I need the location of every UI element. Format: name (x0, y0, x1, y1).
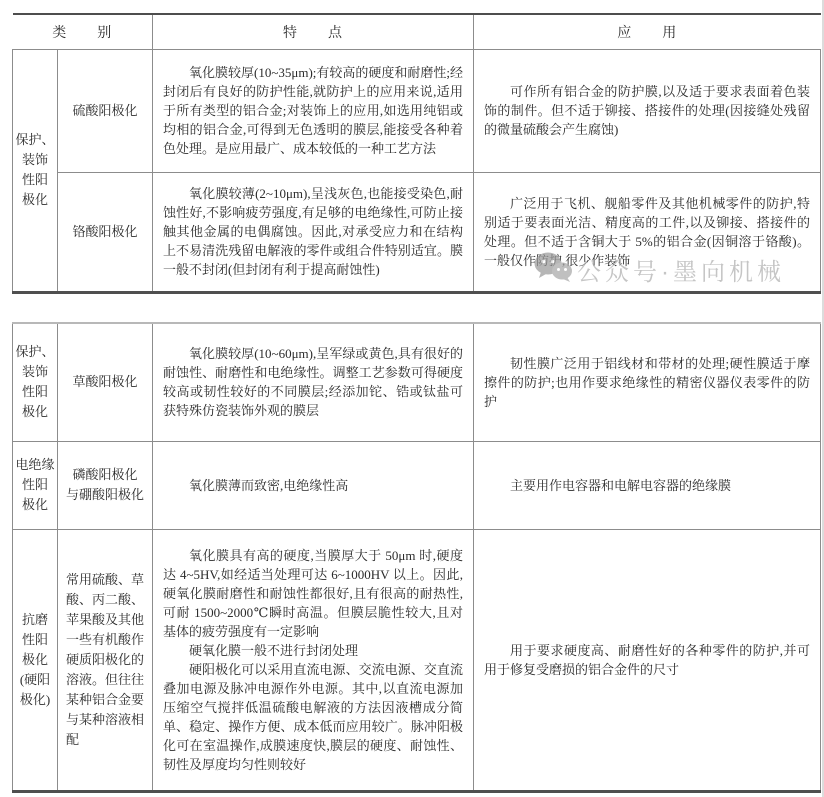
features-cell: 氧化膜较厚(10~35μm);有较高的硬度和耐磨性;经封闭后有良好的防护性能,就… (153, 49, 474, 172)
header-cell-features: 特 点 (153, 14, 474, 49)
application-paragraph: 主要用作电容器和电解电容器的绝缘膜 (484, 476, 810, 495)
anodizing-type-cell: 铬酸阳极化 (58, 172, 153, 292)
features-paragraph: 氧化膜薄而致密,电绝缘性高 (163, 476, 463, 495)
application-paragraph: 广泛用于飞机、舰船零件及其他机械零件的防护,特别适于要表面光洁、精度高的工件,以… (484, 194, 810, 270)
anodizing-table-upper: 类 别 特 点 应 用 保护、 装饰 性阳 极化 硫酸阳极化 氧化膜较厚(10~… (12, 13, 821, 294)
features-paragraph: 硬阳极化可以采用直流电源、交流电源、交直流叠加电源及脉冲电源作外电源。其中,以直… (163, 660, 463, 774)
features-cell: 氧化膜较薄(2~10μm),呈浅灰色,也能接受染色,耐蚀性好,不影响疲劳强度,有… (153, 172, 474, 292)
table-row: 铬酸阳极化 氧化膜较薄(2~10μm),呈浅灰色,也能接受染色,耐蚀性好,不影响… (13, 172, 821, 292)
features-cell: 氧化膜具有高的硬度,当膜厚大于 50μm 时,硬度达 4~5HV,如经适当处理可… (153, 529, 474, 791)
features-paragraph: 氧化膜具有高的硬度,当膜厚大于 50μm 时,硬度达 4~5HV,如经适当处理可… (163, 546, 463, 641)
table-row: 电绝缘 性阳 极化 磷酸阳极化 与硼酸阳极化 氧化膜薄而致密,电绝缘性高 主要用… (13, 441, 821, 529)
anodizing-table-lower: 保护、 装饰 性阳 极化 草酸阳极化 氧化膜较厚(10~60μm),呈军绿或黄色… (12, 322, 821, 793)
features-paragraph: 氧化膜较厚(10~60μm),呈军绿或黄色,具有很好的耐蚀性、耐磨性和电绝缘性。… (163, 344, 463, 420)
document-page: 类 别 特 点 应 用 保护、 装饰 性阳 极化 硫酸阳极化 氧化膜较厚(10~… (0, 0, 824, 797)
table-header-row: 类 别 特 点 应 用 (13, 14, 821, 49)
application-paragraph: 可作所有铝合金的防护膜,以及适于要求表面着色装饰的制件。但不适于铆接、搭接件的处… (484, 82, 810, 139)
features-paragraph: 氧化膜较厚(10~35μm);有较高的硬度和耐磨性;经封闭后有良好的防护性能,就… (163, 63, 463, 158)
table-row: 保护、 装饰 性阳 极化 草酸阳极化 氧化膜较厚(10~60μm),呈军绿或黄色… (13, 323, 821, 441)
category-group-cell: 保护、 装饰 性阳 极化 (13, 49, 58, 292)
anodizing-type-cell: 磷酸阳极化 与硼酸阳极化 (58, 441, 153, 529)
table-row: 保护、 装饰 性阳 极化 硫酸阳极化 氧化膜较厚(10~35μm);有较高的硬度… (13, 49, 821, 172)
category-group-cell: 电绝缘 性阳 极化 (13, 441, 58, 529)
application-paragraph: 用于要求硬度高、耐磨性好的各种零件的防护,并可用于修复受磨损的铝合金件的尺寸 (484, 641, 810, 679)
header-cell-category: 类 别 (13, 14, 153, 49)
table-row: 抗磨 性阳 极化 (硬阳 极化) 常用硫酸、草酸、丙二酸、苹果酸及其他一些有机酸… (13, 529, 821, 791)
header-cell-application: 应 用 (474, 14, 821, 49)
anodizing-type-cell: 草酸阳极化 (58, 323, 153, 441)
features-cell: 氧化膜薄而致密,电绝缘性高 (153, 441, 474, 529)
application-cell: 韧性膜广泛用于铝线材和带材的处理;硬性膜适于摩擦件的防护;也用作要求绝缘性的精密… (474, 323, 821, 441)
application-paragraph: 韧性膜广泛用于铝线材和带材的处理;硬性膜适于摩擦件的防护;也用作要求绝缘性的精密… (484, 354, 810, 411)
anodizing-type-cell: 硫酸阳极化 (58, 49, 153, 172)
features-cell: 氧化膜较厚(10~60μm),呈军绿或黄色,具有很好的耐蚀性、耐磨性和电绝缘性。… (153, 323, 474, 441)
features-paragraph: 硬氧化膜一般不进行封闭处理 (163, 641, 463, 660)
solution-note-cell: 常用硫酸、草酸、丙二酸、苹果酸及其他一些有机酸作硬质阳极化的溶液。但往往某种铝合… (58, 529, 153, 791)
application-cell: 用于要求硬度高、耐磨性好的各种零件的防护,并可用于修复受磨损的铝合金件的尺寸 (474, 529, 821, 791)
application-cell: 可作所有铝合金的防护膜,以及适于要求表面着色装饰的制件。但不适于铆接、搭接件的处… (474, 49, 821, 172)
category-group-cell: 抗磨 性阳 极化 (硬阳 极化) (13, 529, 58, 791)
category-group-cell: 保护、 装饰 性阳 极化 (13, 323, 58, 441)
application-cell: 主要用作电容器和电解电容器的绝缘膜 (474, 441, 821, 529)
application-cell: 广泛用于飞机、舰船零件及其他机械零件的防护,特别适于要表面光洁、精度高的工件,以… (474, 172, 821, 292)
features-paragraph: 氧化膜较薄(2~10μm),呈浅灰色,也能接受染色,耐蚀性好,不影响疲劳强度,有… (163, 184, 463, 279)
